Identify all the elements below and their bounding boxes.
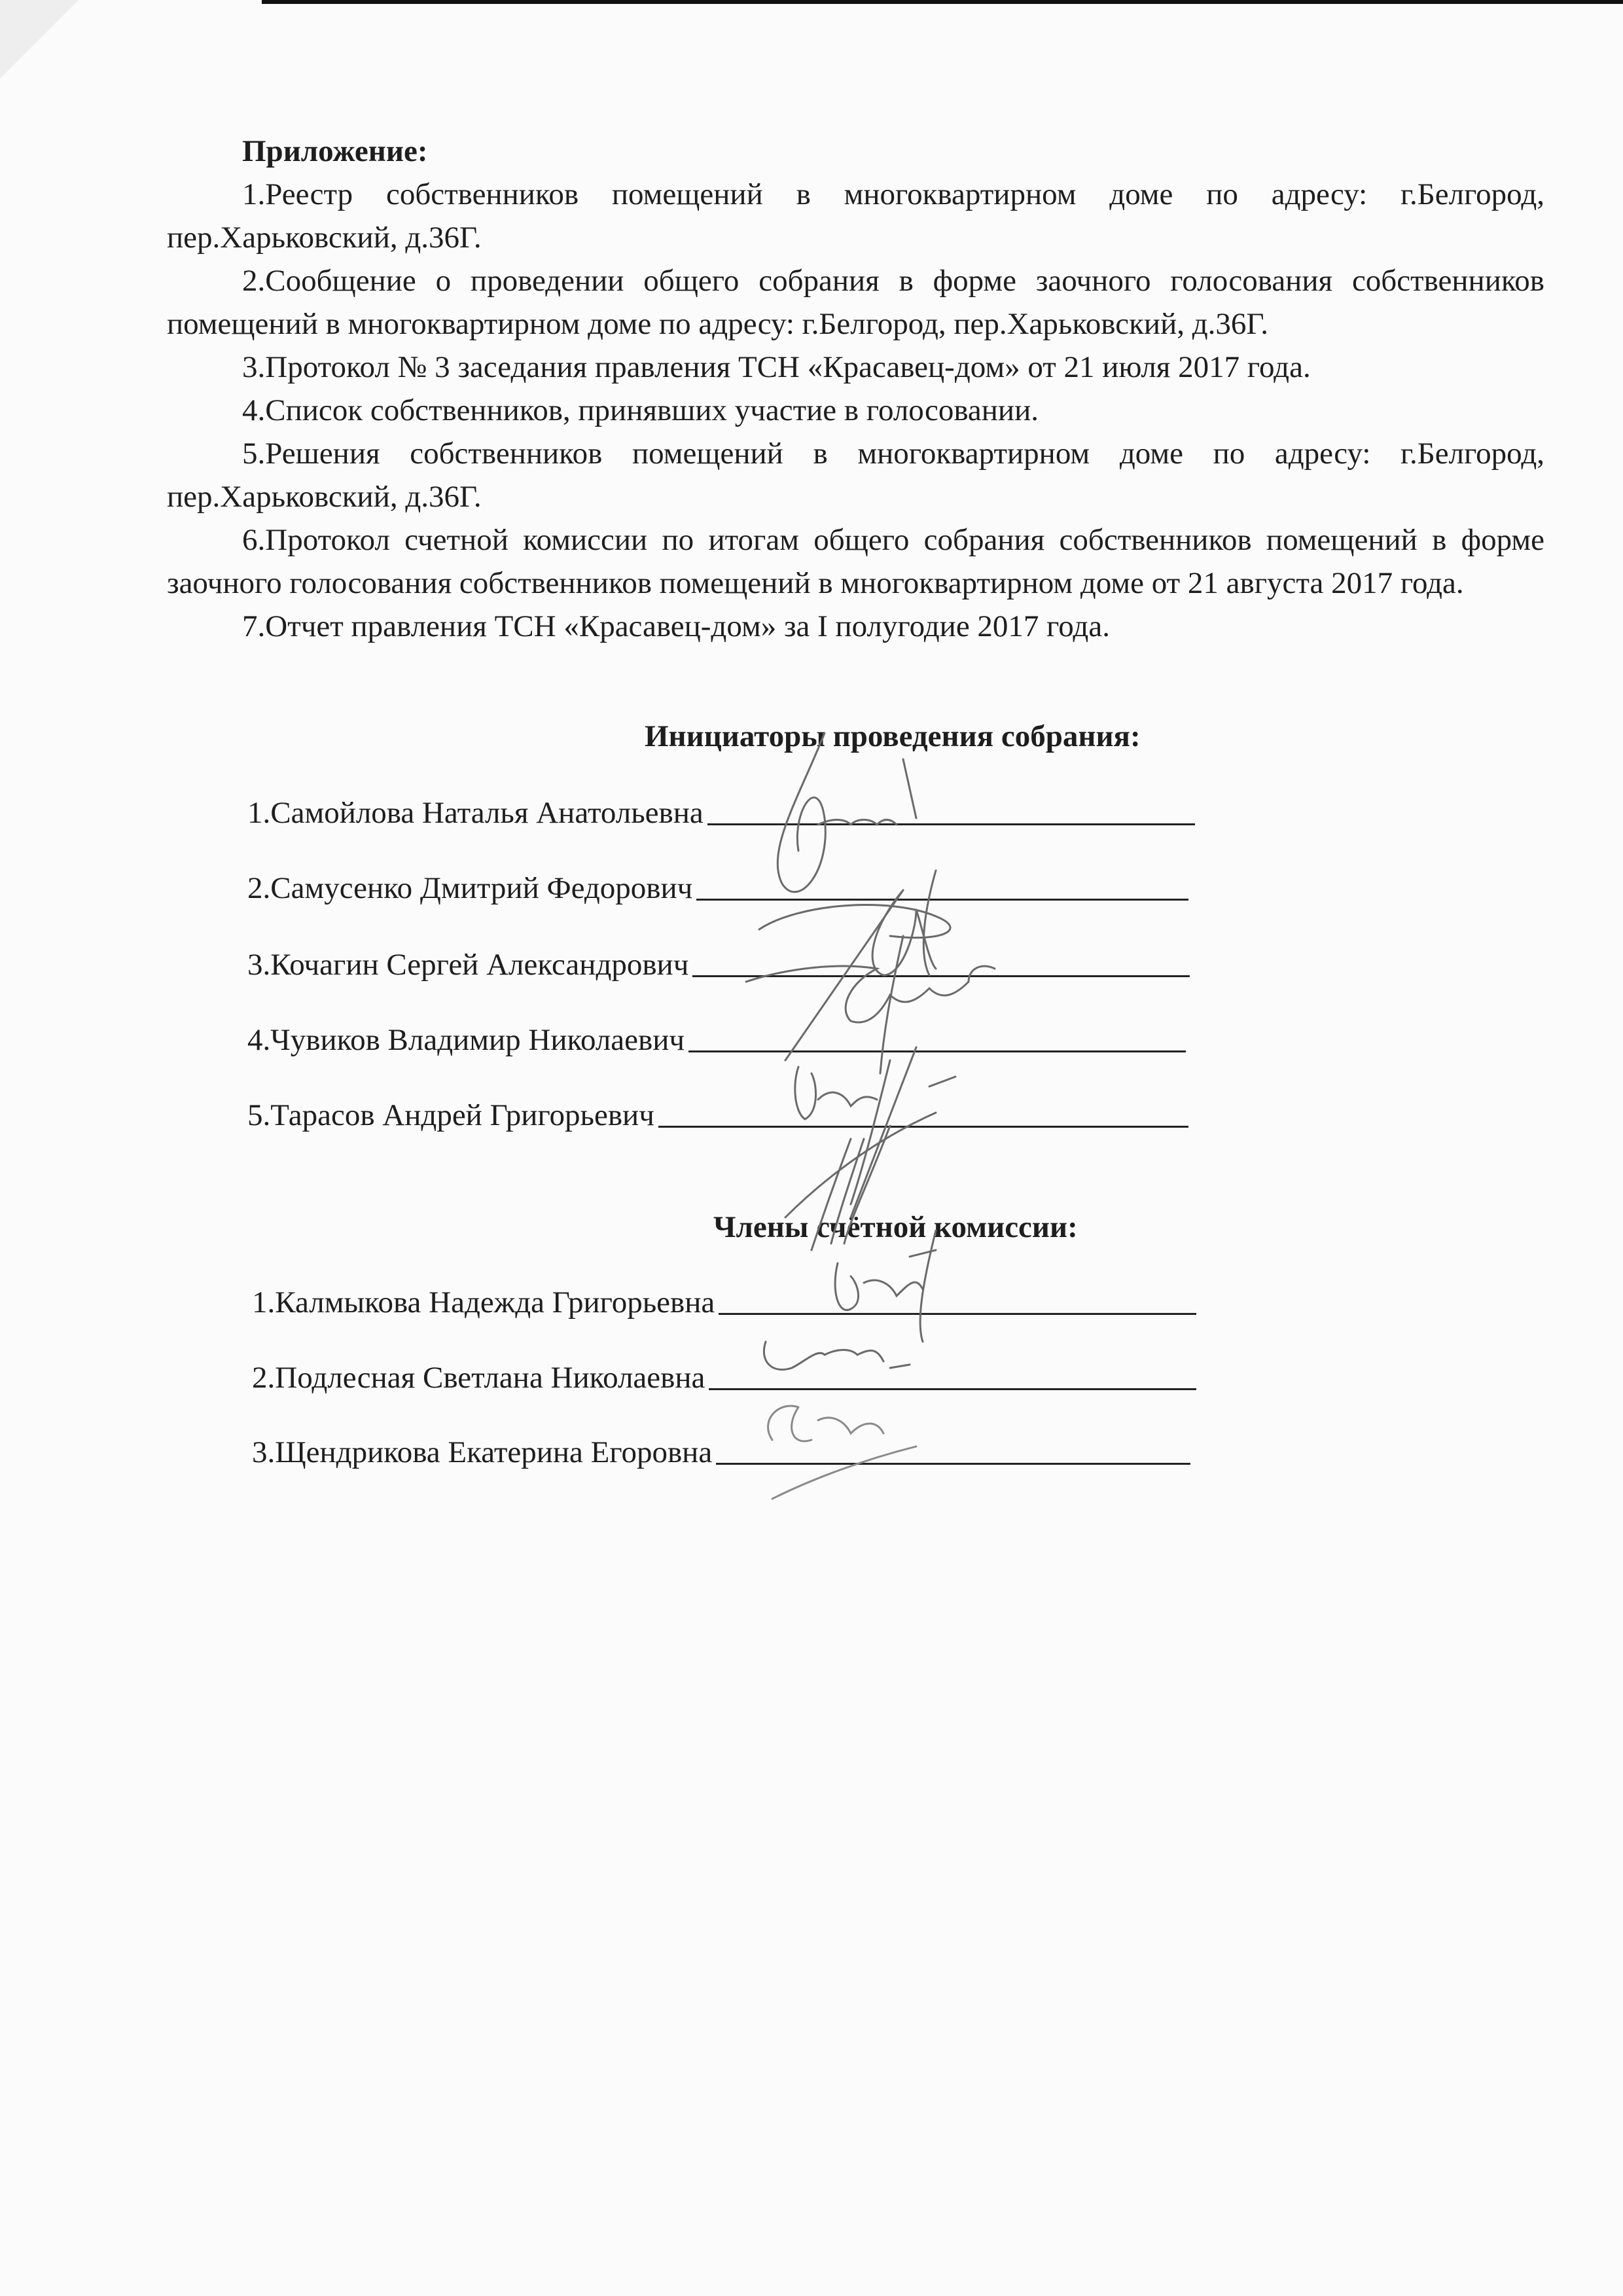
- commission-row-1: 1.Калмыкова Надежда Григорьевна: [252, 1285, 1196, 1320]
- signature-line: [707, 823, 1195, 825]
- appendix-item-2: 2.Сообщение о проведении общего собрания…: [167, 259, 1544, 346]
- signature-line: [716, 1463, 1190, 1465]
- signer-name: 4.Чувиков Владимир Николаевич: [247, 1022, 685, 1058]
- initiators-title: Инициаторы проведения собрания:: [645, 719, 1141, 754]
- commission-title: Члены счётной комиссии:: [713, 1210, 1078, 1245]
- appendix-item-1: 1.Реестр собственников помещений в много…: [167, 173, 1544, 259]
- folded-corner: [0, 0, 79, 79]
- initiator-row-5: 5.Тарасов Андрей Григорьевич: [247, 1098, 1188, 1133]
- appendix-item-4: 4.Список собственников, принявших участи…: [167, 389, 1544, 432]
- appendix-section: Приложение: 1.Реестр собственников помещ…: [167, 130, 1544, 648]
- signature-line: [692, 975, 1190, 977]
- signer-name: 5.Тарасов Андрей Григорьевич: [247, 1098, 654, 1133]
- signature-line: [719, 1313, 1196, 1315]
- initiator-row-1: 1.Самойлова Наталья Анатольевна: [247, 795, 1195, 831]
- signature-line: [688, 1050, 1186, 1052]
- scan-top-edge: [262, 0, 1623, 4]
- signer-name: 2.Подлесная Светлана Николаевна: [252, 1360, 705, 1395]
- initiator-row-3: 3.Кочагин Сергей Александрович: [247, 947, 1190, 982]
- appendix-item-5: 5.Решения собственников помещений в мног…: [167, 432, 1544, 518]
- signature-line: [696, 899, 1188, 901]
- initiator-row-2: 2.Самусенко Дмитрий Федорович: [247, 870, 1188, 906]
- appendix-title: Приложение:: [167, 130, 1544, 173]
- signer-name: 2.Самусенко Дмитрий Федорович: [247, 870, 692, 906]
- initiator-row-4: 4.Чувиков Владимир Николаевич: [247, 1022, 1186, 1058]
- signer-name: 3.Щендрикова Екатерина Егоровна: [252, 1435, 712, 1470]
- signer-name: 1.Калмыкова Надежда Григорьевна: [252, 1285, 715, 1320]
- signer-name: 1.Самойлова Наталья Анатольевна: [247, 795, 704, 831]
- appendix-item-3: 3.Протокол № 3 заседания правления ТСН «…: [167, 346, 1544, 389]
- commission-row-3: 3.Щендрикова Екатерина Егоровна: [252, 1435, 1190, 1470]
- appendix-item-6: 6.Протокол счетной комиссии по итогам об…: [167, 518, 1544, 605]
- appendix-item-7: 7.Отчет правления ТСН «Красавец-дом» за …: [167, 605, 1544, 648]
- signature-line: [658, 1126, 1188, 1128]
- signature-line: [709, 1388, 1196, 1390]
- commission-row-2: 2.Подлесная Светлана Николаевна: [252, 1360, 1196, 1395]
- signer-name: 3.Кочагин Сергей Александрович: [247, 947, 688, 982]
